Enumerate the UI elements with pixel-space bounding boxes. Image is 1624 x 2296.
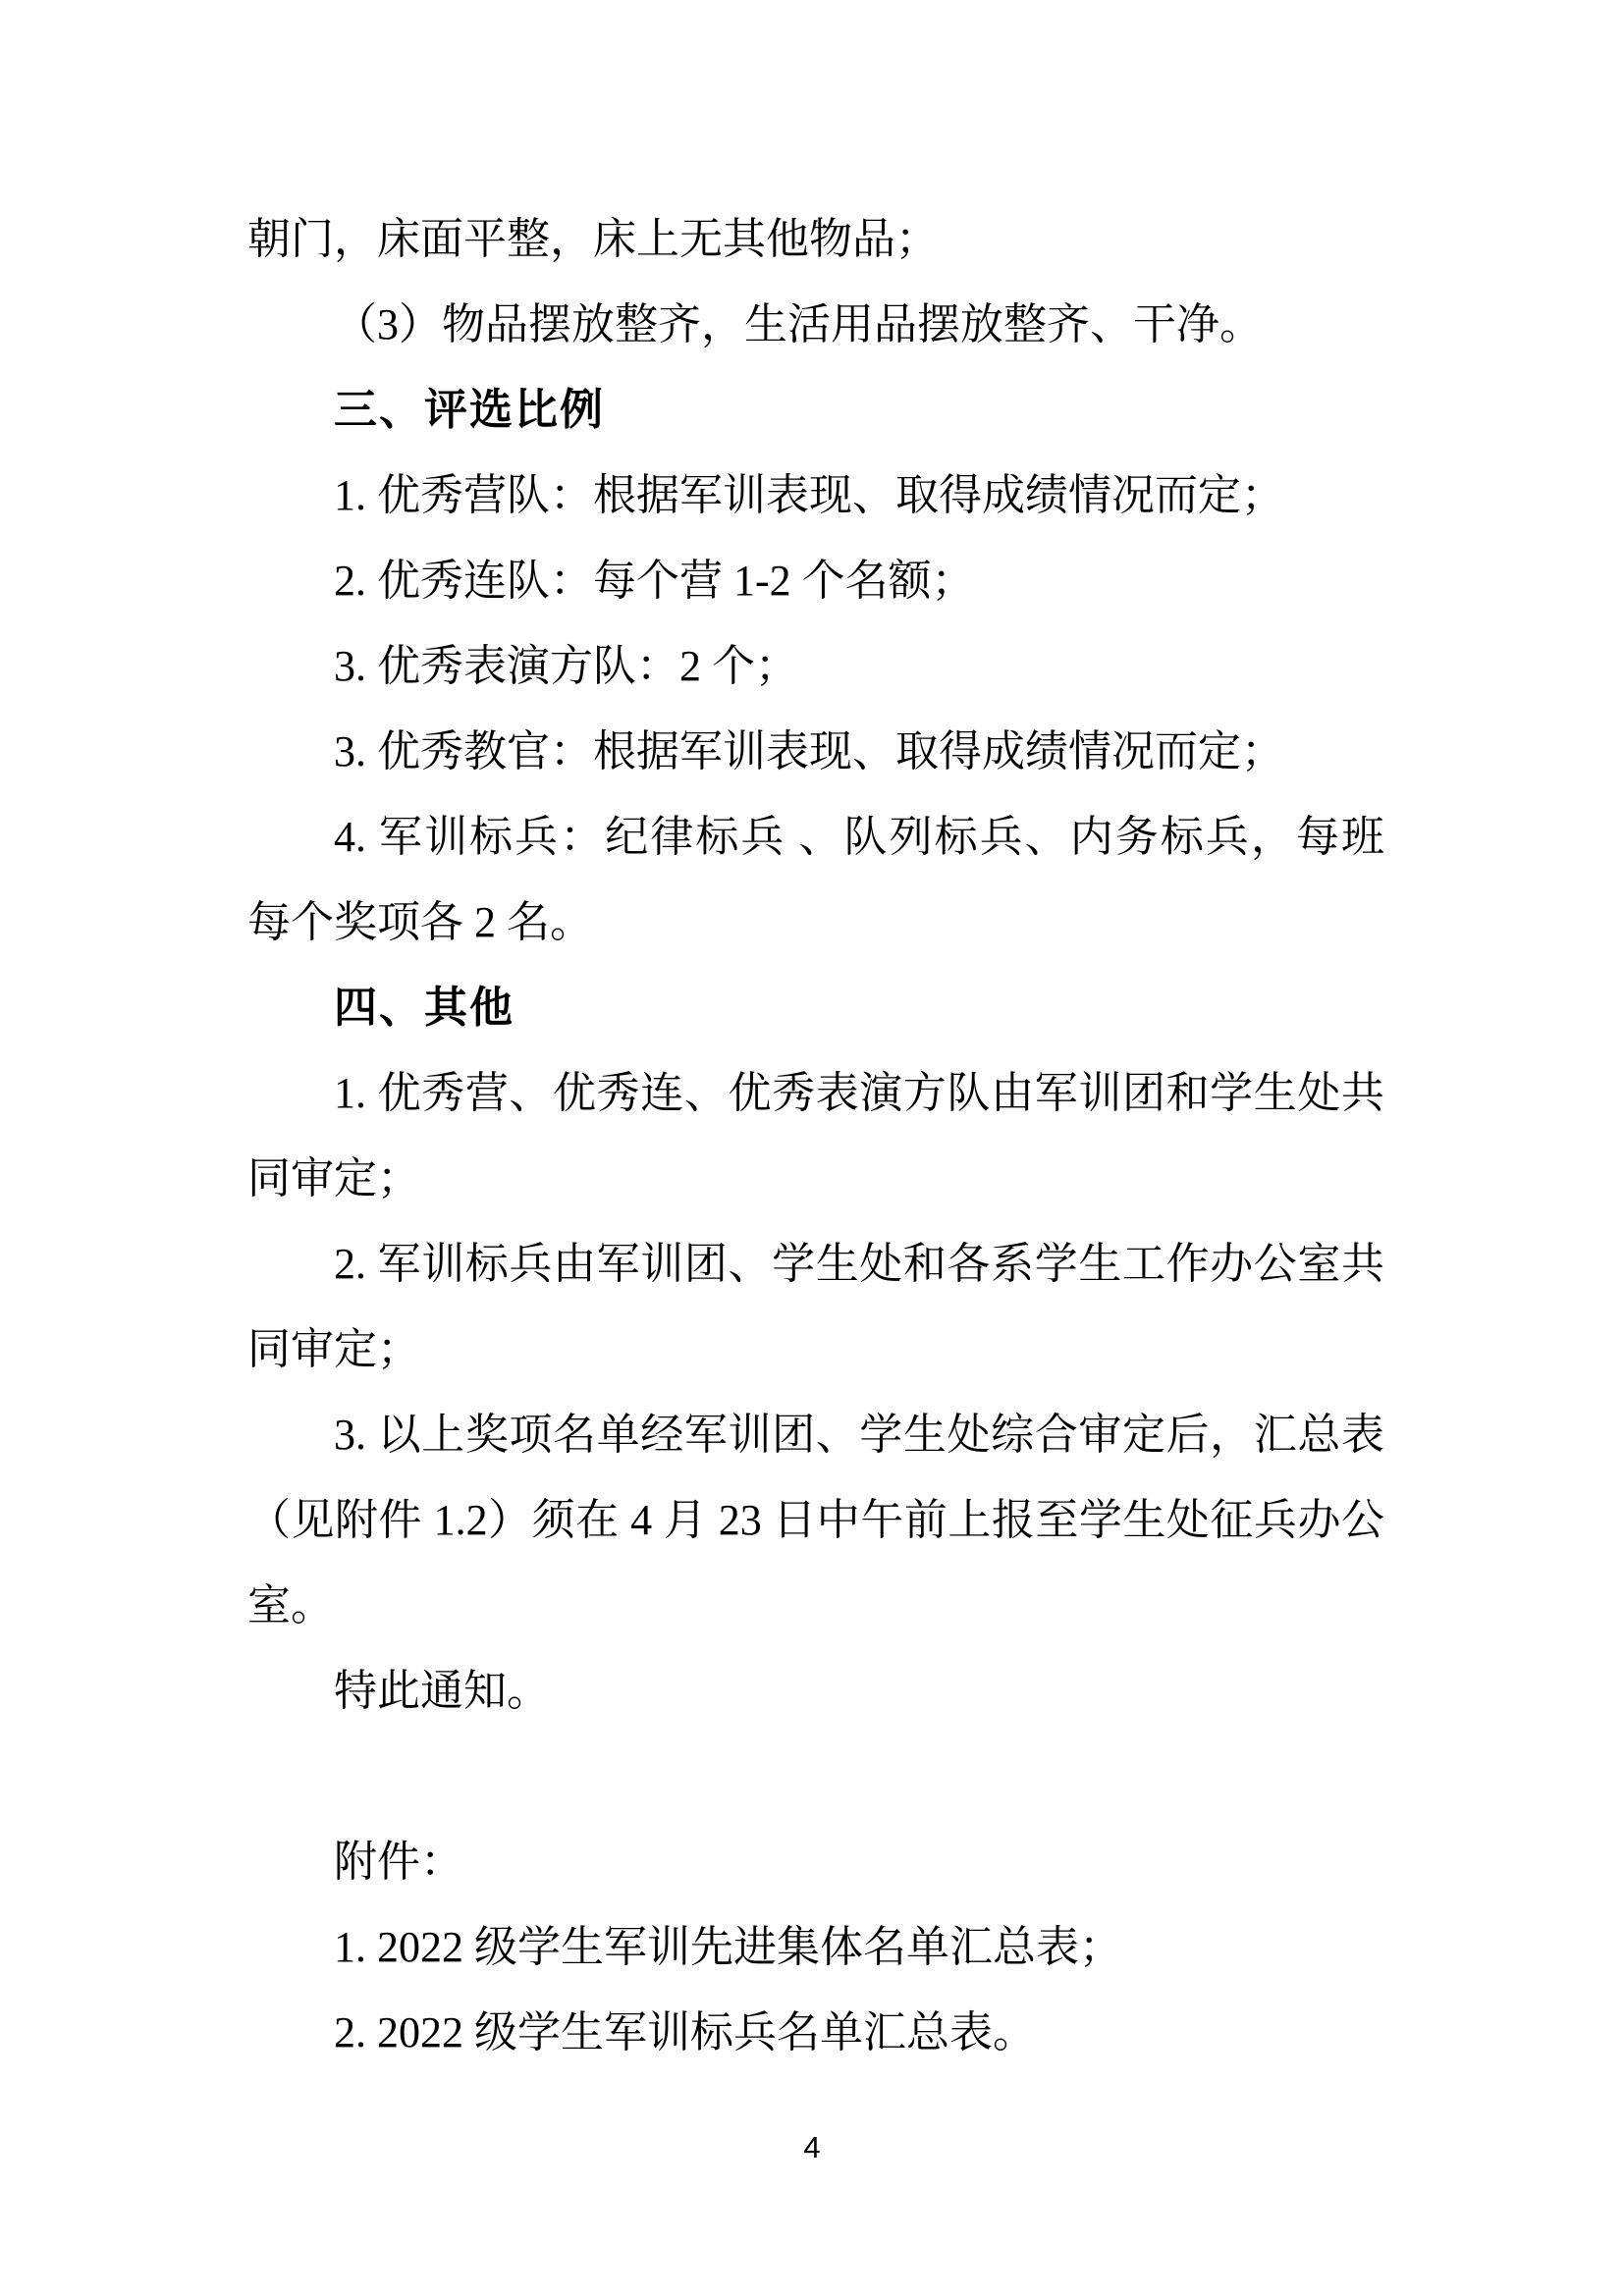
page-number: 4 <box>0 2118 1624 2177</box>
paragraph-line: （见附件 1.2）须在 4 月 23 日中午前上报至学生处征兵办公 <box>247 1477 1384 1563</box>
attachment-item: 1. 2022 级学生军训先进集体名单汇总表； <box>247 1904 1384 1990</box>
paragraph-line: 2. 优秀连队：每个营 1-2 个名额； <box>247 538 1384 623</box>
paragraph-line: 3. 优秀表演方队：2 个； <box>247 623 1384 709</box>
paragraph-line: （3）物品摆放整齐，生活用品摆放整齐、干净。 <box>247 282 1384 367</box>
paragraph-line: 3. 优秀教官：根据军训表现、取得成绩情况而定； <box>247 709 1384 794</box>
notice-closing-line: 特此通知。 <box>247 1648 1384 1734</box>
paragraph-line: 1. 优秀营、优秀连、优秀表演方队由军训团和学生处共 <box>247 1050 1384 1136</box>
paragraph-line: 同审定； <box>247 1307 1384 1392</box>
paragraph-line: 1. 优秀营队：根据军训表现、取得成绩情况而定； <box>247 453 1384 538</box>
paragraph-line: 室。 <box>247 1563 1384 1648</box>
attachments-label: 附件： <box>247 1819 1384 1904</box>
paragraph-line: 朝门，床面平整，床上无其他物品； <box>247 196 1384 282</box>
paragraph-line: 同审定； <box>247 1136 1384 1221</box>
document-page: 朝门，床面平整，床上无其他物品； （3）物品摆放整齐，生活用品摆放整齐、干净。 … <box>0 0 1624 2296</box>
section-heading-selection-ratio: 三、评选比例 <box>247 367 1384 453</box>
document-body: 朝门，床面平整，床上无其他物品； （3）物品摆放整齐，生活用品摆放整齐、干净。 … <box>247 196 1384 2075</box>
blank-line <box>247 1734 1384 1819</box>
paragraph-line: 每个奖项各 2 名。 <box>247 880 1384 965</box>
section-heading-other: 四、其他 <box>247 965 1384 1050</box>
paragraph-line: 2. 军训标兵由军训团、学生处和各系学生工作办公室共 <box>247 1221 1384 1307</box>
attachment-item: 2. 2022 级学生军训标兵名单汇总表。 <box>247 1990 1384 2075</box>
paragraph-line: 4. 军训标兵：纪律标兵 、队列标兵、内务标兵，每班 <box>247 794 1384 880</box>
paragraph-line: 3. 以上奖项名单经军训团、学生处综合审定后，汇总表 <box>247 1392 1384 1477</box>
